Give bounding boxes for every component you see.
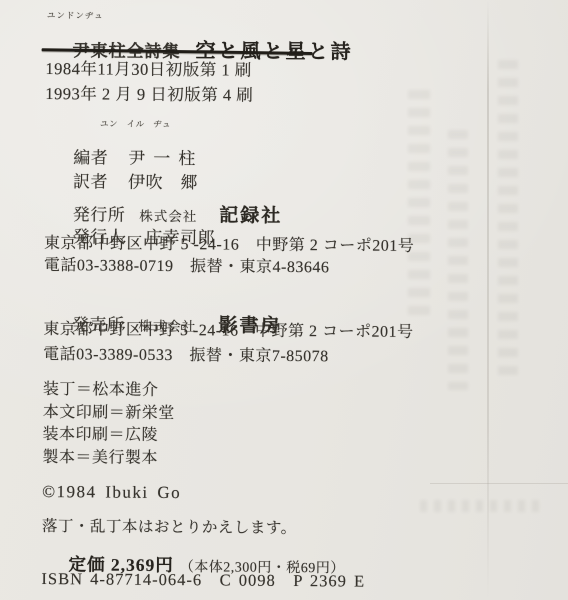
- returns-notice: 落丁・乱丁本はおとりかえします。: [42, 518, 297, 538]
- title-furigana: ユンドンヂュ: [47, 11, 104, 21]
- distributor-phone: 電話03-3389-0533 振替・東京7-85078: [43, 346, 329, 367]
- production-credit-binding-design: 装丁＝松本進介: [43, 381, 159, 400]
- paper-edge-shadow: [430, 483, 568, 484]
- publisher-address: 東京都中野区中野 5 -24-16 中野第 2 コーポ201号: [44, 235, 414, 256]
- verso-bleed-through: [408, 90, 430, 320]
- isbn-line: ISBN 4-87714-064-6 C 0098 P 2369 E: [41, 570, 365, 592]
- production-credit-bookbinding: 製本＝美行製本: [42, 449, 158, 468]
- verso-bleed-through: [420, 500, 540, 512]
- production-credit-text-printing: 本文印刷＝新栄堂: [43, 404, 175, 423]
- publisher-name: 記録社: [219, 205, 282, 226]
- book-colophon-page: ユンドンヂュ 尹東柱全詩集空と風と星と詩 1984年11月30日初版第 1 刷 …: [0, 0, 568, 600]
- paper-crease: [487, 0, 489, 600]
- publisher-phone: 電話03-3388-0719 振替・東京4-83646: [44, 257, 330, 278]
- edition-fourth-printing: 1993年 2 月 9 日初版第 4 刷: [45, 85, 253, 106]
- verso-bleed-through: [448, 130, 468, 390]
- verso-bleed-through: [498, 60, 518, 380]
- copyright-line: ©1984 Ibuki Go: [42, 482, 181, 503]
- distributor-address: 東京都中野区中野 5 -24-16 中野第 2 コーポ201号: [43, 321, 413, 342]
- edition-first-printing: 1984年11月30日初版第 1 刷: [45, 60, 252, 81]
- production-credit-cover-printing: 装本印刷＝広陵: [43, 426, 159, 445]
